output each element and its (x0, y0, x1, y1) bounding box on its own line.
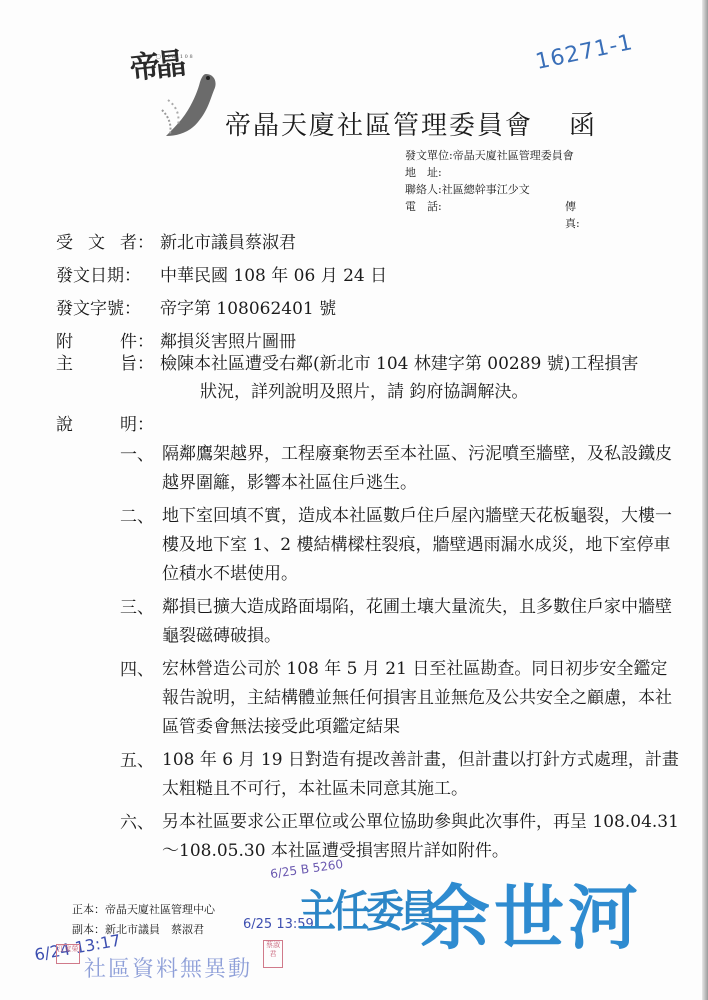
item-text: 108 年 6 月 19 日對造有提改善計畫，但計畫以打針方式處理，計畫太粗糙且… (120, 746, 680, 804)
attachment-value: 鄰損災害照片圖冊 (160, 327, 296, 352)
sender-info-block: 發文單位:帝晶天廈社區管理委員會 地 址: 聯絡人:社區總幹事江少文 電 話: … (405, 147, 574, 215)
recipient-value: 新北市議員蔡淑君 (160, 228, 296, 253)
list-item: 一、隔鄰鷹架越界，工程廢棄物丟至本社區、污泥噴至牆壁，及私設鐵皮越界圍籬，影響本… (120, 440, 680, 498)
red-seal-stamp: 蔡淑君 (263, 940, 283, 968)
subject-label: 主旨： (56, 350, 160, 378)
explanation-list: 一、隔鄰鷹架越界，工程廢棄物丟至本社區、污泥噴至牆壁，及私設鐵皮越界圍籬，影響本… (120, 440, 680, 870)
doc-number-label: 發文字號： (56, 294, 160, 319)
sender-unit-value: 帝晶天廈社區管理委員會 (453, 149, 574, 162)
label-char: 旨： (120, 350, 154, 378)
attachment-label: 附件： (56, 327, 160, 352)
sender-fax-label: 傳真: (565, 200, 580, 230)
label-char: 文 (88, 228, 105, 253)
label-char: 說 (56, 410, 73, 435)
sender-unit-label: 發文單位: (405, 149, 453, 162)
document-kind: 函 (569, 111, 597, 141)
item-text: 鄰損已擴大造成路面塌陷，花圃土壤大量流失，且多數住戶家中牆壁龜裂磁磚破損。 (120, 593, 680, 651)
item-text: 隔鄰鷹架越界，工程廢棄物丟至本社區、污泥噴至牆壁，及私設鐵皮越界圍籬，影響本社區… (120, 440, 680, 498)
no-change-stamp: 社區資料無異動 (84, 952, 252, 983)
original-label: 正本： (72, 903, 105, 916)
red-seal-stamp: 江家榮 (56, 944, 80, 964)
subject-line-1: 檢陳本社區遭受右鄰(新北市 104 林建字第 00289 號)工程損害 (160, 350, 680, 378)
item-text: 宏林營造公司於 108 年 5 月 21 日至社區勘查。同日初步安全鑑定報告說明… (120, 655, 680, 742)
subject-body: 檢陳本社區遭受右鄰(新北市 104 林建字第 00289 號)工程損害 狀況，詳… (160, 350, 680, 406)
sender-phone-label: 電 話: (405, 200, 442, 213)
list-item: 五、108 年 6 月 19 日對造有提改善計畫，但計畫以打針方式處理，計畫太粗… (120, 746, 680, 804)
original-value: 帝晶天廈社區管理中心 (105, 903, 215, 916)
label-char: 附 (56, 327, 73, 352)
chairman-name-stamp: 余世河 (420, 862, 642, 963)
item-number: 四、 (120, 655, 162, 680)
copy-value: 新北市議員 蔡淑君 (105, 923, 204, 936)
logo-small-text: ▢ 1 1 8 / 1 0 8 (156, 54, 193, 60)
sender-contact-row: 聯絡人:社區總幹事江少文 (405, 181, 574, 198)
label-char: 件： (120, 327, 154, 352)
doc-number-row: 發文字號： 帝字第 108062401 號 (56, 290, 387, 323)
item-number: 三、 (120, 593, 162, 618)
label-char: 者： (120, 228, 154, 253)
sender-contact-value: 社區總幹事江少文 (442, 183, 530, 196)
doc-number-value: 帝字第 108062401 號 (160, 294, 336, 319)
page-edge-shadow (702, 0, 708, 1000)
sender-address-row: 地 址: (405, 164, 574, 181)
handwritten-reference-number: 16271-1 (533, 30, 635, 75)
organization-name: 帝晶天廈社區管理委員會 (225, 111, 533, 141)
recipient-label: 受文者： (56, 228, 160, 253)
document-meta: 受文者： 新北市議員蔡淑君 發文日期： 中華民國 108 年 06 月 24 日… (56, 224, 387, 356)
label-char: 受 (56, 228, 73, 253)
community-logo: 帝晶 ▢ 1 1 8 / 1 0 8 (128, 48, 223, 138)
sender-phone-row: 電 話: (405, 198, 574, 215)
list-item: 六、另本社區要求公正單位或公單位協助參與此次事件，再呈 108.04.31～10… (120, 808, 680, 866)
date-label: 發文日期： (56, 261, 160, 286)
item-text: 另本社區要求公正單位或公單位協助參與此次事件，再呈 108.04.31～108.… (120, 808, 680, 866)
item-number: 二、 (120, 502, 162, 527)
list-item: 三、鄰損已擴大造成路面塌陷，花圃土壤大量流失，且多數住戶家中牆壁龜裂磁磚破損。 (120, 593, 680, 651)
recipient-row: 受文者： 新北市議員蔡淑君 (56, 224, 387, 257)
sender-contact-label: 聯絡人: (405, 183, 442, 196)
sender-address-label: 地 址: (405, 166, 442, 179)
label-char: 主 (56, 350, 73, 378)
date-row: 發文日期： 中華民國 108 年 06 月 24 日 (56, 257, 387, 290)
explanation-label: 說明： (56, 410, 160, 435)
chairman-title-stamp: 主任委員 (298, 876, 434, 939)
date-value: 中華民國 108 年 06 月 24 日 (160, 261, 387, 286)
list-item: 二、地下室回填不實，造成本社區數戶住戶屋內牆壁天花板龜裂，大樓一樓及地下室 1、… (120, 502, 680, 589)
label-char: 明： (120, 410, 154, 435)
sender-fax: 傳真: (565, 198, 580, 232)
document-title: 帝晶天廈社區管理委員會函 (225, 105, 597, 142)
peacock-icon (158, 70, 222, 138)
original-recipient: 正本：帝晶天廈社區管理中心 (72, 900, 215, 920)
item-number: 一、 (120, 440, 162, 465)
item-text: 地下室回填不實，造成本社區數戶住戶屋內牆壁天花板龜裂，大樓一樓及地下室 1、2 … (120, 502, 680, 589)
list-item: 四、宏林營造公司於 108 年 5 月 21 日至社區勘查。同日初步安全鑑定報告… (120, 655, 680, 742)
label-char: 發文字號： (56, 294, 141, 319)
item-number: 六、 (120, 808, 162, 833)
subject-line-2: 狀況，詳列說明及照片，請 鈞府協調解決。 (160, 378, 680, 406)
label-char: 發文日期： (56, 261, 141, 286)
sender-unit-row: 發文單位:帝晶天廈社區管理委員會 (405, 147, 574, 164)
item-number: 五、 (120, 746, 162, 771)
